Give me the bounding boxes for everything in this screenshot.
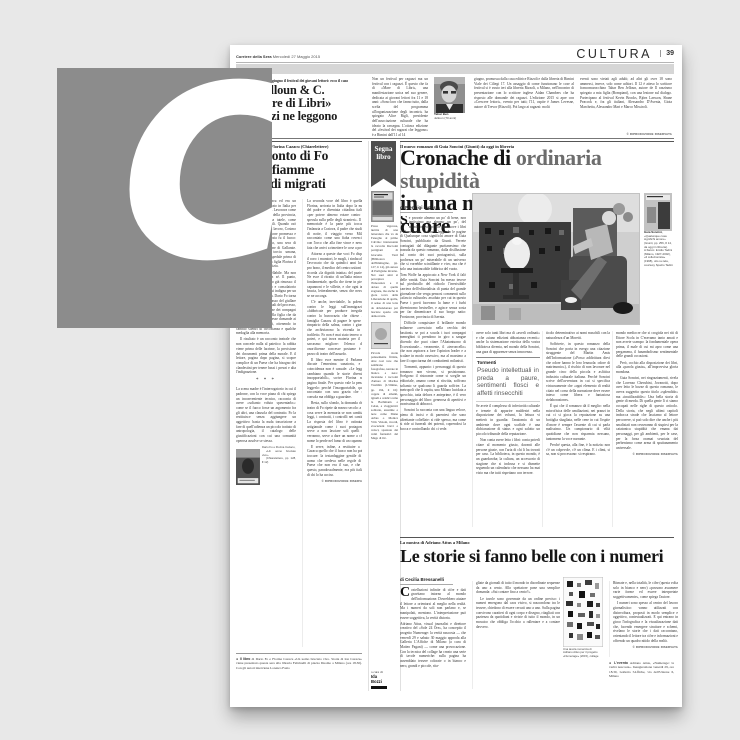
section-title: CULTURA <box>576 47 652 61</box>
drop-cap: C <box>400 588 410 599</box>
tadini-painting-photo <box>472 193 640 325</box>
curator-rule <box>371 686 387 689</box>
bottom-article-byline: di Cecilia Bressanelli <box>400 577 453 585</box>
left-footer-rule <box>236 653 362 654</box>
curator-block: a cura di Ida Bozzi <box>371 670 394 689</box>
segnalibro-caption-2-text: Piccole storie palesemente fittizie, alt… <box>371 351 398 441</box>
paragraph: Difficile conquistare il brillante mondo… <box>400 321 466 363</box>
paragraph: (Chiarelettere, pp. 128, € 12) <box>262 457 296 464</box>
top-article-col3-text: eventi sono vietati agli adulti; ad altr… <box>580 77 672 110</box>
paragraph: Non conta avere letto i libri: conta pot… <box>476 438 540 475</box>
photo-caption: Guia Soncini, «Qualunque cosa significhi… <box>644 231 674 267</box>
bottom-article-headline: Le storie si fanno belle con i numeri <box>400 546 674 567</box>
portrait-caption-detail: Jelloun (70 anni) <box>434 117 468 121</box>
main-article-col-c: ticolo determinativo ai nomi maschili co… <box>542 331 610 527</box>
book-cover-qualunque-cosa <box>644 193 672 231</box>
paragraph: La scena madre è l'interrogatorio in cui… <box>236 387 296 443</box>
copyright-mark: © RIPRODUZIONE RISERVATA <box>307 479 362 483</box>
top-article-col1: Non un festival per ragazzi ma un festiv… <box>372 77 428 136</box>
top-article-col3: eventi sono vietati agli adulti; ad altr… <box>580 77 672 136</box>
main-article: Il nuovo romanzo di Guia Soncini (Giunti… <box>400 141 674 537</box>
left-article-thumb-block: Dario Fo e Florina Cazacu,«Un uomo bruci… <box>236 446 296 488</box>
photo-caption-column: Guia Soncini, «Qualunque cosa significhi… <box>644 193 674 329</box>
left-footer-lead: Il libro <box>240 657 251 661</box>
photo-caption-book: «Qualunque cosa significhi amore» (Giunt… <box>644 235 674 250</box>
masthead: Corriere della Sera Mercoledì 27 Maggio … <box>236 54 320 59</box>
main-col-a-text: Se provate almeno un po' di bene, non ta… <box>400 216 466 516</box>
paragraph: Perché questa, alla fine, è la notizia: … <box>546 443 610 457</box>
corriere-logo-square: C <box>57 68 272 328</box>
asterisk-separator: * * * <box>236 378 296 385</box>
paragraph: I numeri sono spesso al centro del lavor… <box>613 601 678 643</box>
paragraph: Attorno a queste due voci Fo dispone il … <box>307 252 362 299</box>
top-article-col3-textwrap: eventi sono vietati agli adulti; ad altr… <box>580 77 672 111</box>
bottom-article-kicker: La mostra di Adriano Attus a Milano <box>400 537 674 545</box>
corriere-c-logo: C <box>123 68 272 328</box>
main-article-col-d: mondo mediocre che si crogiola nei riti … <box>612 331 678 527</box>
paragraph: libro <box>371 153 396 161</box>
page-number: 39 <box>660 50 674 57</box>
paragraph: Se avete il complesso di inferiorità cul… <box>476 404 540 437</box>
edition-date: Mercoledì 27 Maggio 2015 <box>273 54 320 59</box>
desktop-background: Corriere della Sera Mercoledì 27 Maggio … <box>0 0 740 740</box>
masthead-title: Corriere della Sera <box>236 54 272 59</box>
tadini-painting-art <box>473 194 639 324</box>
paragraph: «Numerage» (2015), collage <box>563 655 603 658</box>
main-col-c-paragraphs: ticolo determinativo ai nomi maschili co… <box>546 331 610 457</box>
numerage-artwork-block: Una tavola numerica diAdriano Attus per … <box>563 577 603 658</box>
copyright-mark: © RIPRODUZIONE RISERVATA <box>580 132 672 136</box>
left-article-footer: ● Il libro di Dario Fo e Florina Cazacu … <box>236 657 362 670</box>
paragraph: Guia Soncini, nei ringraziamenti, rivela… <box>616 376 678 451</box>
numerage-caption: Una tavola numerica diAdriano Attus per … <box>563 648 603 658</box>
segnalibro-caption-1: Prosa vigorosa, nutrita di una letteratu… <box>371 224 398 318</box>
paragraph: Le tavole sono governate da un ordine pr… <box>476 597 560 630</box>
numerage-collage-art <box>563 577 603 647</box>
main-col-d-paragraphs: mondo mediocre che si crogiola nei riti … <box>616 331 678 451</box>
portrait-caption: Tahar Ben Jelloun (70 anni) <box>434 113 468 121</box>
paragraph: È qui che il romanzo dà il meglio: nella… <box>546 404 610 441</box>
bottom-article-col3: Ritmate e, nella totalità, le cifre (que… <box>609 581 678 657</box>
left-col2-paragraphs: La seconda voce del libro è quella di Fl… <box>307 199 362 477</box>
paragraph: La seconda voce del libro è quella di Fl… <box>307 199 362 250</box>
top-strip: A Rimini dall'11 al 14 giugno il festiva… <box>236 77 674 136</box>
bottom-col2-paragraphs: gliate da giornali di tutto il mondo in … <box>476 581 560 629</box>
paragraph: Resta, sullo sfondo, la domanda che il t… <box>307 401 362 443</box>
paragraph: Soncini la racconta con una lingua veloc… <box>400 408 466 431</box>
paragraph: Soffrirete, in questo romanzo della Sonc… <box>546 342 610 403</box>
bottom-col1-paragraphs: Adriano Attus, visual journalist e diret… <box>400 622 466 669</box>
paragraph: Adriano Attus, visual journalist e diret… <box>400 622 466 669</box>
main-col-b-paragraphs-b: Se avete il complesso di inferiorità cul… <box>476 404 540 476</box>
paragraph: Però, occhio alla disposizione dei libri… <box>616 361 678 375</box>
paragraph: Tormenti, appunto: i personaggi di quest… <box>400 365 466 407</box>
drop-cap: S <box>400 216 408 227</box>
main-col-a-paragraphs: Tom Wolfe ha appiccato a New York il fal… <box>400 273 466 432</box>
bottom-col1-first: Costellazioni infinite di cifre e dati g… <box>400 588 466 621</box>
paragraph: Il risultato è un racconto teatrale che … <box>236 337 296 374</box>
left-thumb-caption: Dario Fo e Florina Cazacu,«Un uomo bruci… <box>262 446 296 488</box>
main-article-byline: di Pierluigi Battista <box>400 205 453 213</box>
top-article-portrait-block: Tahar Ben Jelloun (70 anni) <box>434 77 468 136</box>
bullet-icon: ● <box>609 661 612 665</box>
copyright-mark: © RIPRODUZIONE RISERVATA <box>613 645 678 649</box>
main-col-a-first-text: e provate almeno un po' di bene, non tan… <box>400 216 466 271</box>
top-article-col2-text: giugno, promossa dalla casa editrice Riz… <box>474 77 574 110</box>
bottom-article-col1: di Cecilia Bressanelli Costellazioni inf… <box>400 577 466 689</box>
paragraph: mondo mediocre che si crogiola nei riti … <box>616 331 678 359</box>
copyright-mark: © RIPRODUZIONE RISERVATA <box>616 452 678 456</box>
paragraph: Il libro esce mentre il Parlamento discu… <box>307 358 362 400</box>
paragraph: E serve, infine, a restituire a Ion Caza… <box>307 445 362 478</box>
left-article-col2: La seconda voce del libro è quella di Fl… <box>302 199 362 647</box>
top-article-col2: giugno, promossa dalla casa editrice Riz… <box>474 77 574 136</box>
segnalibro-ribbon: Segnalibro <box>371 141 396 187</box>
page-header: Corriere della Sera Mercoledì 27 Maggio … <box>236 49 674 63</box>
main-col-a-first: Se provate almeno un po' di bene, non ta… <box>400 216 466 272</box>
main-headline-line1-dark: Cronache di <box>400 145 516 170</box>
pull-quote-box: Tormenti Pseudo intellettuali in preda a… <box>476 357 540 402</box>
paragraph: ticolo determinativo ai nomi maschili co… <box>546 331 610 340</box>
book-cover-racconti-amore <box>371 322 391 349</box>
main-article-col-b: avere solo tanti libri ma di «averli ord… <box>472 331 540 527</box>
segnalibro-caption-1-text: Prosa vigorosa, nutrita di una letteratu… <box>371 224 398 318</box>
segnalibro-caption-2: Piccole storie palesemente fittizie, alt… <box>371 351 398 441</box>
paragraph: Segna <box>371 145 396 153</box>
left-col1-paragraphs-b: La scena madre è l'interrogatorio in cui… <box>236 387 296 443</box>
segnalibro-sidebar: Segnalibro Prosa vigorosa, nutrita di un… <box>368 141 401 691</box>
left-footer-text: di Dario Fo e Florina Cazacu «Un uomo br… <box>236 657 362 670</box>
bottom-article: La mostra di Adriano Attus a Milano Le s… <box>400 537 674 695</box>
top-article-col1-text: Non un festival per ragazzi ma un festiv… <box>372 77 428 138</box>
book-cover-un-uomo-bruciato-vivo <box>236 446 260 488</box>
bullet-icon: ● <box>236 657 238 661</box>
main-col-b-paragraphs-a: avere solo tanti libri ma di «averli ord… <box>476 331 540 354</box>
main-article-col-a: di Pierluigi Battista Se provate almeno … <box>400 205 466 527</box>
paragraph: avere solo tanti libri ma di «averli ord… <box>476 331 540 354</box>
bottom-col3-paragraphs: Ritmate e, nella totalità, le cifre (que… <box>613 581 678 643</box>
bottom-article-col2: gliate da giornali di tutto il mondo in … <box>472 581 560 689</box>
book-cover-racconti-partigiani <box>371 191 394 222</box>
paragraph: C'è anche, inevitabile, la polemica: con… <box>307 300 362 356</box>
paragraph: Tom Wolfe ha appiccato a New York il fal… <box>400 273 466 320</box>
tahar-ben-jelloun-photo <box>434 77 465 113</box>
section-divider-rule <box>236 138 674 139</box>
bottom-footer-lead: L'evento <box>614 661 628 665</box>
bottom-article-footer: ● L'evento Adriano Attus, «Numerage: la … <box>609 661 674 679</box>
main-headline-line1: Cronache di ordinaria stupidità <box>400 147 674 192</box>
paragraph: Ritmate e, nella totalità, le cifre (que… <box>613 581 678 600</box>
newspaper-page: Corriere della Sera Mercoledì 27 Maggio … <box>230 45 682 707</box>
photo-caption-painting: A fianco: Emilio Tadini (Milano, 1927-20… <box>644 249 674 267</box>
paragraph: gliate da giornali di tutto il mondo in … <box>476 581 560 595</box>
header-band <box>236 64 674 74</box>
pull-quote-text: Pseudo intellettuali in preda a paure, s… <box>477 367 539 398</box>
pull-quote-label: Tormenti <box>477 360 539 365</box>
curator-last-name: Bozzi <box>371 679 394 684</box>
